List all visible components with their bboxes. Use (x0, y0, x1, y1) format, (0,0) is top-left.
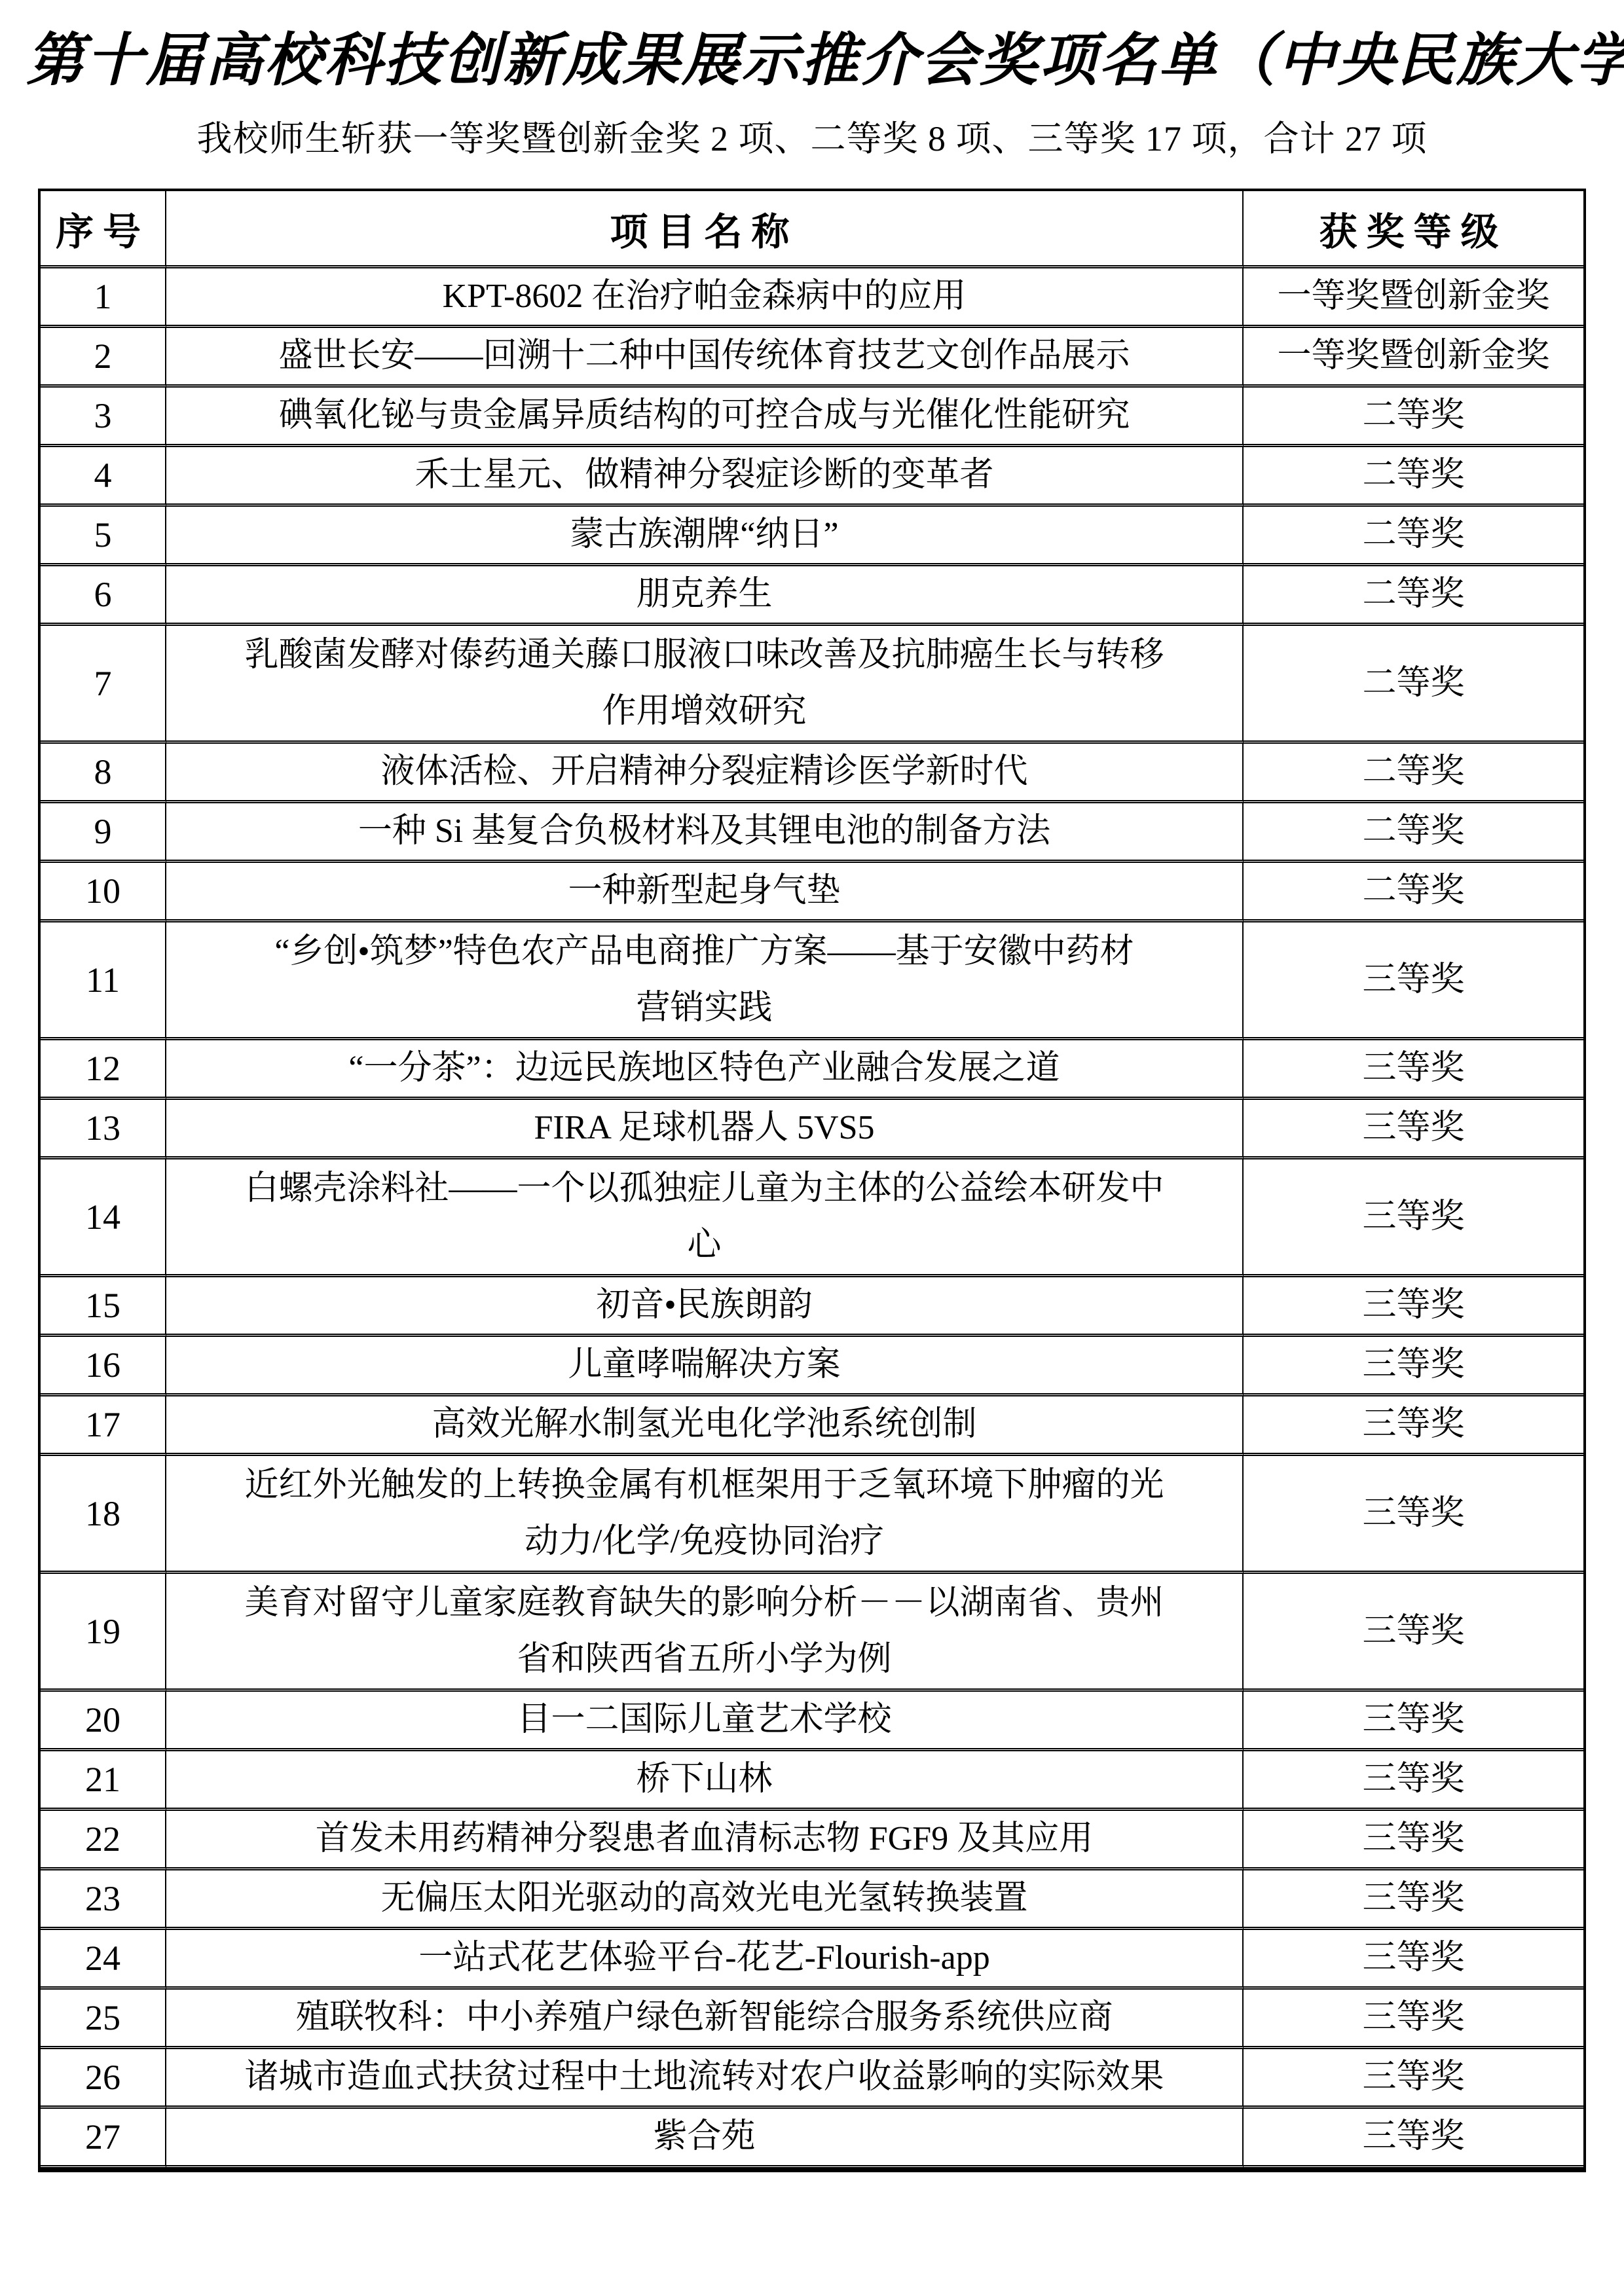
table-row: 22 首发未用药精神分裂患者血清标志物 FGF9 及其应用 三等奖 (41, 1811, 1583, 1870)
table-row: 12 “一分茶”：边远民族地区特色产业融合发展之道 三等奖 (41, 1040, 1583, 1100)
table-row: 20 目一二国际儿童艺术学校 三等奖 (41, 1692, 1583, 1751)
row-name-cell: 液体活检、开启精神分裂症精诊医学新时代 (166, 744, 1244, 803)
row-name-cell: 儿童哮喘解决方案 (166, 1337, 1244, 1396)
row-name-cell: 紫合苑 (166, 2109, 1244, 2168)
table-row: 5 蒙古族潮牌“纳日” 二等奖 (41, 507, 1583, 566)
table-row: 25 殖联牧科：中小养殖户绿色新智能综合服务系统供应商 三等奖 (41, 1990, 1583, 2049)
row-award-cell: 三等奖 (1244, 1277, 1583, 1337)
row-name-cell: 初音•民族朗韵 (166, 1277, 1244, 1337)
row-index-cell: 16 (41, 1337, 166, 1396)
row-name-cell: 诸城市造血式扶贫过程中土地流转对农户收益影响的实际效果 (166, 2049, 1244, 2109)
row-index-cell: 7 (41, 626, 166, 744)
row-award-cell: 二等奖 (1244, 803, 1583, 863)
row-award-cell: 二等奖 (1244, 388, 1583, 447)
table-row: 17 高效光解水制氢光电化学池系统创制 三等奖 (41, 1396, 1583, 1456)
row-award-cell: 二等奖 (1244, 626, 1583, 744)
table-row: 16 儿童哮喘解决方案 三等奖 (41, 1337, 1583, 1396)
row-name-cell: “一分茶”：边远民族地区特色产业融合发展之道 (166, 1040, 1244, 1100)
row-index-cell: 21 (41, 1751, 166, 1811)
row-name-cell: 目一二国际儿童艺术学校 (166, 1692, 1244, 1751)
column-header-name: 项目名称 (166, 191, 1244, 268)
row-index-cell: 19 (41, 1574, 166, 1692)
row-index-cell: 23 (41, 1870, 166, 1930)
row-name-cell: 乳酸菌发酵对傣药通关藤口服液口味改善及抗肺癌生长与转移 作用增效研究 (166, 626, 1244, 744)
row-award-cell: 三等奖 (1244, 2049, 1583, 2109)
row-name-cell: 禾士星元、做精神分裂症诊断的变革者 (166, 447, 1244, 507)
row-index-cell: 10 (41, 863, 166, 922)
row-index-cell: 20 (41, 1692, 166, 1751)
table-row: 2 盛世长安——回溯十二种中国传统体育技艺文创作品展示 一等奖暨创新金奖 (41, 328, 1583, 388)
row-name-cell: 盛世长安——回溯十二种中国传统体育技艺文创作品展示 (166, 328, 1244, 388)
table-row: 19 美育对留守儿童家庭教育缺失的影响分析－－以湖南省、贵州 省和陕西省五所小学… (41, 1574, 1583, 1692)
row-award-cell: 三等奖 (1244, 1870, 1583, 1930)
table-row: 15 初音•民族朗韵 三等奖 (41, 1277, 1583, 1337)
row-award-cell: 三等奖 (1244, 1930, 1583, 1990)
row-award-cell: 二等奖 (1244, 447, 1583, 507)
table-row: 21 桥下山林 三等奖 (41, 1751, 1583, 1811)
table-row: 1 KPT-8602 在治疗帕金森病中的应用 一等奖暨创新金奖 (41, 268, 1583, 328)
page-subtitle: 我校师生斩获一等奖暨创新金奖 2 项、二等奖 8 项、三等奖 17 项，合计 2… (0, 118, 1624, 160)
row-award-cell: 一等奖暨创新金奖 (1244, 328, 1583, 388)
row-name-cell: 一站式花艺体验平台-花艺-Flourish-app (166, 1930, 1244, 1990)
row-index-cell: 14 (41, 1159, 166, 1277)
row-index-cell: 12 (41, 1040, 166, 1100)
table-row: 13 FIRA 足球机器人 5VS5 三等奖 (41, 1100, 1583, 1159)
row-award-cell: 二等奖 (1244, 863, 1583, 922)
row-award-cell: 三等奖 (1244, 1811, 1583, 1870)
row-index-cell: 17 (41, 1396, 166, 1456)
row-award-cell: 三等奖 (1244, 1040, 1583, 1100)
row-index-cell: 9 (41, 803, 166, 863)
table-row: 7 乳酸菌发酵对傣药通关藤口服液口味改善及抗肺癌生长与转移 作用增效研究 二等奖 (41, 626, 1583, 744)
table-header-row: 序号 项目名称 获奖等级 (41, 191, 1583, 268)
row-name-cell: KPT-8602 在治疗帕金森病中的应用 (166, 268, 1244, 328)
row-index-cell: 2 (41, 328, 166, 388)
row-name-cell: 首发未用药精神分裂患者血清标志物 FGF9 及其应用 (166, 1811, 1244, 1870)
row-name-cell: 白螺壳涂料社——一个以孤独症儿童为主体的公益绘本研发中 心 (166, 1159, 1244, 1277)
row-name-cell: 朋克养生 (166, 566, 1244, 626)
row-award-cell: 二等奖 (1244, 507, 1583, 566)
table-row: 23 无偏压太阳光驱动的高效光电光氢转换装置 三等奖 (41, 1870, 1583, 1930)
table-row: 3 碘氧化铋与贵金属异质结构的可控合成与光催化性能研究 二等奖 (41, 388, 1583, 447)
row-award-cell: 二等奖 (1244, 566, 1583, 626)
row-award-cell: 三等奖 (1244, 1692, 1583, 1751)
row-name-cell: 一种 Si 基复合负极材料及其锂电池的制备方法 (166, 803, 1244, 863)
row-award-cell: 三等奖 (1244, 1574, 1583, 1692)
row-award-cell: 三等奖 (1244, 1990, 1583, 2049)
row-award-cell: 三等奖 (1244, 2109, 1583, 2168)
table-row: 8 液体活检、开启精神分裂症精诊医学新时代 二等奖 (41, 744, 1583, 803)
row-index-cell: 22 (41, 1811, 166, 1870)
award-table: 序号 项目名称 获奖等级 1 KPT-8602 在治疗帕金森病中的应用 一等奖暨… (38, 189, 1586, 2172)
row-index-cell: 5 (41, 507, 166, 566)
row-index-cell: 27 (41, 2109, 166, 2168)
table-row: 10 一种新型起身气垫 二等奖 (41, 863, 1583, 922)
row-index-cell: 13 (41, 1100, 166, 1159)
page-title: 第十届高校科技创新成果展示推介会奖项名单（中央民族大学） (26, 29, 1598, 94)
row-index-cell: 25 (41, 1990, 166, 2049)
table-row: 18 近红外光触发的上转换金属有机框架用于乏氧环境下肿瘤的光 动力/化学/免疫协… (41, 1456, 1583, 1574)
row-name-cell: FIRA 足球机器人 5VS5 (166, 1100, 1244, 1159)
table-row: 4 禾士星元、做精神分裂症诊断的变革者 二等奖 (41, 447, 1583, 507)
table-row: 26 诸城市造血式扶贫过程中土地流转对农户收益影响的实际效果 三等奖 (41, 2049, 1583, 2109)
table-row: 11 “乡创•筑梦”特色农产品电商推广方案——基于安徽中药材 营销实践 三等奖 (41, 922, 1583, 1040)
row-name-cell: 近红外光触发的上转换金属有机框架用于乏氧环境下肿瘤的光 动力/化学/免疫协同治疗 (166, 1456, 1244, 1574)
row-award-cell: 三等奖 (1244, 1100, 1583, 1159)
row-index-cell: 18 (41, 1456, 166, 1574)
row-index-cell: 11 (41, 922, 166, 1040)
row-index-cell: 3 (41, 388, 166, 447)
row-index-cell: 8 (41, 744, 166, 803)
row-index-cell: 4 (41, 447, 166, 507)
row-name-cell: 蒙古族潮牌“纳日” (166, 507, 1244, 566)
row-award-cell: 二等奖 (1244, 744, 1583, 803)
row-name-cell: 美育对留守儿童家庭教育缺失的影响分析－－以湖南省、贵州 省和陕西省五所小学为例 (166, 1574, 1244, 1692)
row-index-cell: 24 (41, 1930, 166, 1990)
row-name-cell: 一种新型起身气垫 (166, 863, 1244, 922)
row-award-cell: 三等奖 (1244, 922, 1583, 1040)
row-index-cell: 1 (41, 268, 166, 328)
table-row: 6 朋克养生 二等奖 (41, 566, 1583, 626)
row-award-cell: 三等奖 (1244, 1396, 1583, 1456)
row-name-cell: “乡创•筑梦”特色农产品电商推广方案——基于安徽中药材 营销实践 (166, 922, 1244, 1040)
table-row: 24 一站式花艺体验平台-花艺-Flourish-app 三等奖 (41, 1930, 1583, 1990)
row-award-cell: 三等奖 (1244, 1456, 1583, 1574)
row-index-cell: 26 (41, 2049, 166, 2109)
row-name-cell: 无偏压太阳光驱动的高效光电光氢转换装置 (166, 1870, 1244, 1930)
table-row: 9 一种 Si 基复合负极材料及其锂电池的制备方法 二等奖 (41, 803, 1583, 863)
row-award-cell: 三等奖 (1244, 1337, 1583, 1396)
row-name-cell: 桥下山林 (166, 1751, 1244, 1811)
column-header-award: 获奖等级 (1244, 191, 1583, 268)
table-row: 27 紫合苑 三等奖 (41, 2109, 1583, 2168)
document-page: 第十届高校科技创新成果展示推介会奖项名单（中央民族大学） 我校师生斩获一等奖暨创… (0, 0, 1624, 2296)
row-award-cell: 一等奖暨创新金奖 (1244, 268, 1583, 328)
row-name-cell: 高效光解水制氢光电化学池系统创制 (166, 1396, 1244, 1456)
row-award-cell: 三等奖 (1244, 1159, 1583, 1277)
row-name-cell: 碘氧化铋与贵金属异质结构的可控合成与光催化性能研究 (166, 388, 1244, 447)
row-name-cell: 殖联牧科：中小养殖户绿色新智能综合服务系统供应商 (166, 1990, 1244, 2049)
row-index-cell: 15 (41, 1277, 166, 1337)
row-index-cell: 6 (41, 566, 166, 626)
column-header-no: 序号 (41, 191, 166, 268)
table-row: 14 白螺壳涂料社——一个以孤独症儿童为主体的公益绘本研发中 心 三等奖 (41, 1159, 1583, 1277)
row-award-cell: 三等奖 (1244, 1751, 1583, 1811)
